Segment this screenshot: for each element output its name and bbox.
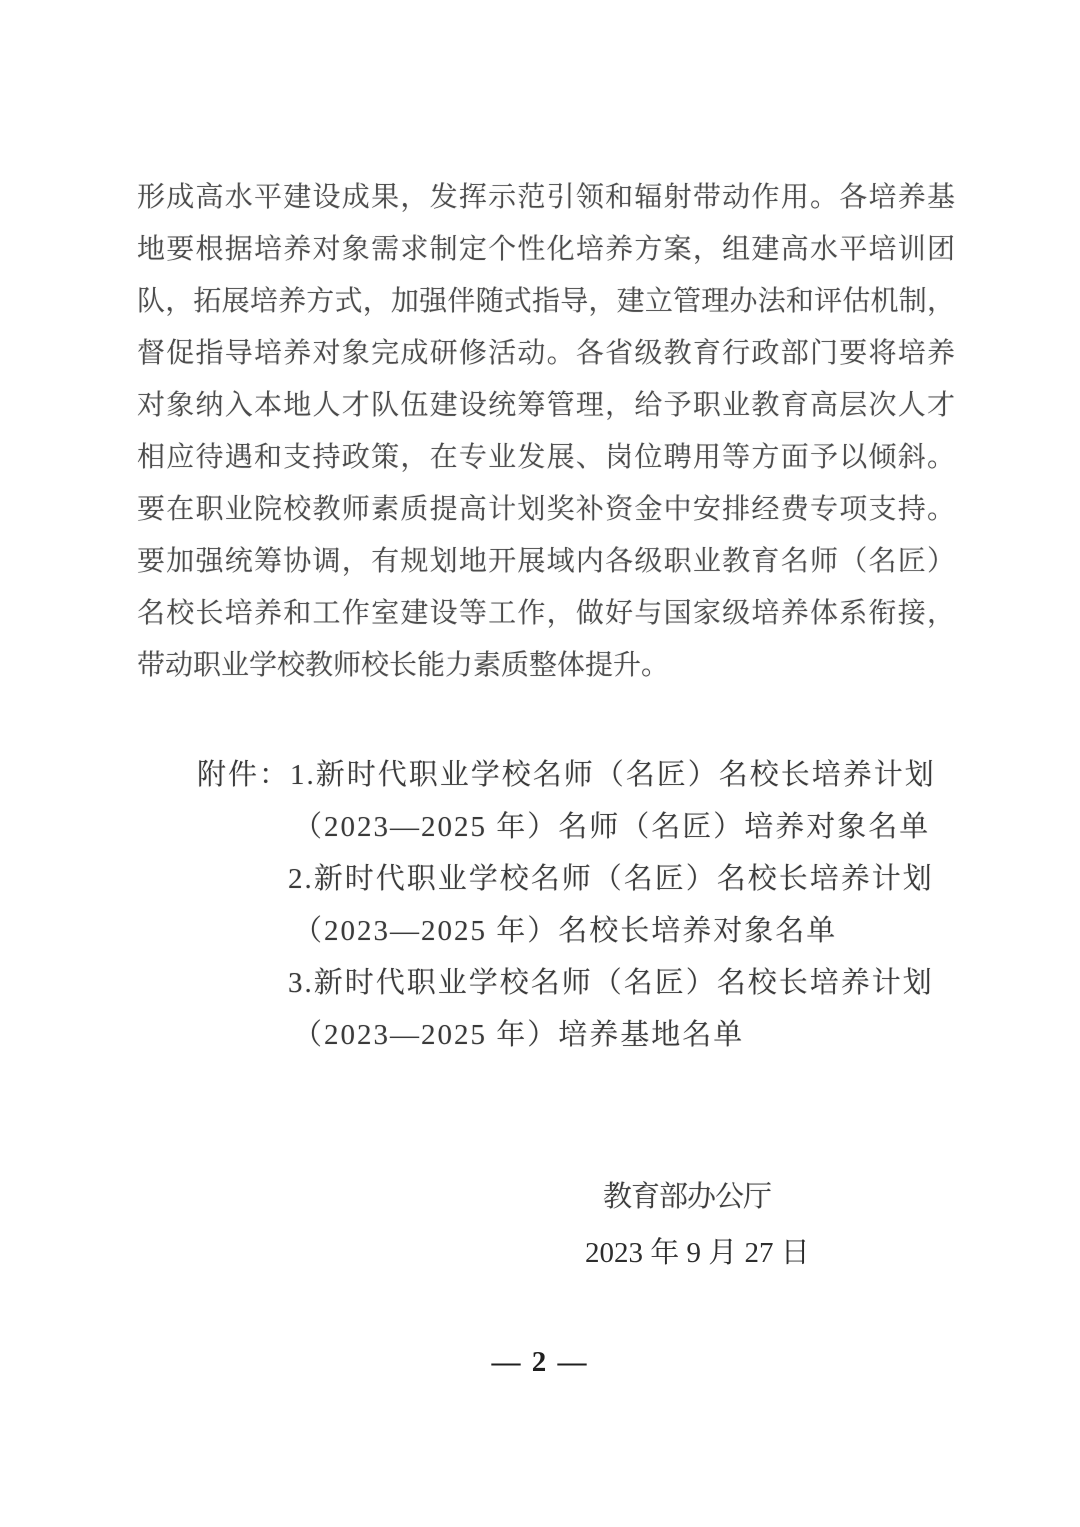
body-line: 地要根据培养对象需求制定个性化培养方案，组建高水平培训团 [137,224,955,276]
body-line: 督促指导培养对象完成研修活动。各省级教育行政部门要将培养 [137,328,955,380]
body-line: 队，拓展培养方式，加强伴随式指导，建立管理办法和评估机制， [137,276,955,328]
body-line: 带动职业学校教师校长能力素质整体提升。 [137,640,955,692]
attachment-line: 3.新时代职业学校名师（名匠）名校长培养计划 [288,957,977,1009]
attachment-line: （2023—2025 年）名校长培养对象名单 [293,905,977,957]
attachment-label: 附件： [197,759,290,791]
body-line: 要在职业院校教师素质提高计划奖补资金中安排经费专项支持。 [137,484,955,536]
paragraph-body: 形成高水平建设成果，发挥示范引领和辐射带动作用。各培养基 地要根据培养对象需求制… [137,172,955,692]
body-line: 形成高水平建设成果，发挥示范引领和辐射带动作用。各培养基 [137,172,955,224]
attachment-line: （2023—2025 年）名师（名匠）培养对象名单 [293,801,977,853]
body-line: 要加强统筹协调，有规划地开展域内各级职业教育名师（名匠） [137,536,955,588]
body-line: 对象纳入本地人才队伍建设统筹管理，给予职业教育高层次人才 [137,380,955,432]
body-line: 相应待遇和支持政策，在专业发展、岗位聘用等方面予以倾斜。 [137,432,955,484]
issuer-name: 教育部办公厅 [603,1171,771,1223]
page-number: — 2 — [0,1336,1080,1388]
attachment-line: （2023—2025 年）培养基地名单 [293,1009,977,1061]
attachment-line: 2.新时代职业学校名师（名匠）名校长培养计划 [288,853,977,905]
issue-date: 2023 年 9 月 27 日 [585,1227,810,1279]
body-line: 名校长培养和工作室建设等工作，做好与国家级培养体系衔接， [137,588,955,640]
attachment-list: 附件：1.新时代职业学校名师（名匠）名校长培养计划 （2023—2025 年）名… [197,749,977,1061]
attachment-item-title: 1.新时代职业学校名师（名匠）名校长培养计划 [290,759,936,791]
attachment-line: 附件：1.新时代职业学校名师（名匠）名校长培养计划 [197,749,977,801]
document-page: 形成高水平建设成果，发挥示范引领和辐射带动作用。各培养基 地要根据培养对象需求制… [0,0,1080,1527]
